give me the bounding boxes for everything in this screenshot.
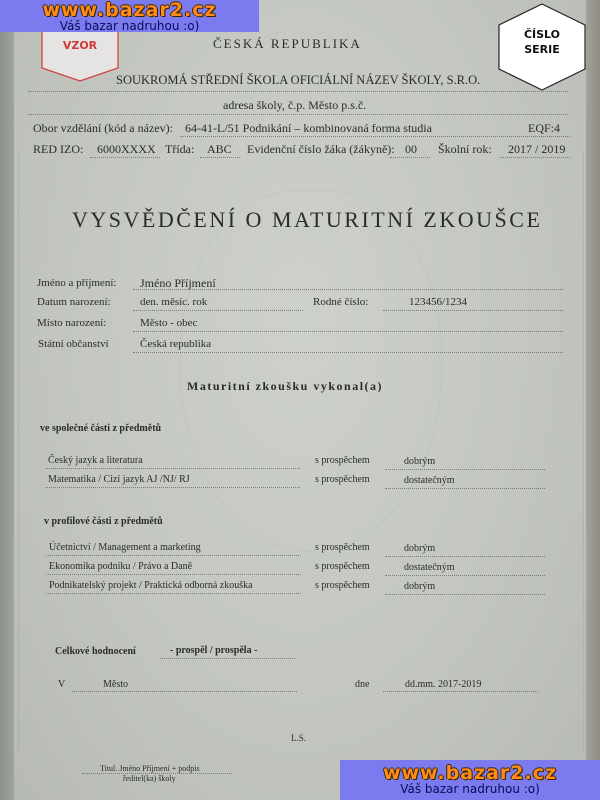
- name-label: Jméno a příjmení:: [37, 277, 116, 289]
- signature-name: Titul. Jméno Příjmení + podpis: [100, 764, 200, 773]
- student-number-line: [390, 157, 430, 158]
- school-year-line: [500, 157, 570, 158]
- overall-value: - prospěl / prospěla -: [170, 645, 257, 656]
- grade-value: dostatečným: [404, 562, 455, 573]
- subject-line: [46, 574, 301, 575]
- sample-stamp: VZOR: [41, 30, 119, 82]
- subject-name: Ekonomika podniku / Právo a Daně: [49, 561, 192, 572]
- profile-part-heading: v profilové části z předmětů: [44, 516, 163, 527]
- subject-name: Český jazyk a literatura: [48, 455, 143, 466]
- divider: [28, 91, 568, 92]
- citizenship-label: Státní občanství: [38, 338, 109, 350]
- grade-value: dostatečným: [404, 475, 455, 486]
- ad-url[interactable]: www.bazar2.cz: [340, 760, 600, 783]
- field-line: [180, 136, 570, 137]
- grade-label: s prospěchem: [315, 474, 370, 485]
- citizenship-value: Česká republika: [140, 338, 211, 350]
- place-value: Město: [103, 679, 128, 690]
- sample-stamp-label: VZOR: [41, 39, 119, 52]
- grade-line: [385, 556, 545, 557]
- birth-date-line: [133, 310, 303, 311]
- grade-value: dobrým: [404, 543, 435, 554]
- grade-label: s prospěchem: [315, 542, 370, 553]
- watermark-emblem: [180, 190, 442, 552]
- subject-name: Podnikatelský projekt / Praktická odborn…: [49, 580, 253, 591]
- school-year-value: 2017 / 2019: [508, 142, 565, 157]
- document-title: VYSVĚDČENÍ O MATURITNÍ ZKOUŠCE: [72, 207, 542, 233]
- grade-line: [385, 488, 545, 489]
- date-label: dne: [355, 679, 369, 690]
- student-number-value: 00: [405, 142, 417, 157]
- eqf-level: EQF:4: [528, 121, 560, 136]
- field-label: Obor vzdělání (kód a název):: [33, 121, 173, 136]
- class-label: Třída:: [165, 142, 194, 157]
- exam-heading: Maturitní zkoušku vykonal(a): [187, 379, 383, 394]
- student-number-label: Evidenční číslo žáka (žákyně):: [247, 142, 395, 157]
- birth-number-label: Rodné číslo:: [313, 296, 368, 308]
- place-line: [72, 691, 297, 692]
- divider: [28, 114, 568, 115]
- red-izo-line: [90, 157, 160, 158]
- birth-place-value: Město - obec: [140, 317, 197, 329]
- place-label: V: [58, 679, 65, 690]
- ad-banner-top[interactable]: www.bazar2.cz Váš bazar nadruhou :o): [0, 0, 259, 32]
- ad-banner-bottom[interactable]: www.bazar2.cz Váš bazar nadruhou :o): [340, 760, 600, 800]
- date-line: [383, 691, 538, 692]
- country-name: ČESKÁ REPUBLIKA: [213, 36, 362, 52]
- overall-line: [160, 658, 295, 659]
- name-line: [133, 289, 563, 290]
- ad-slogan: Váš bazar nadruhou :o): [340, 783, 600, 796]
- subject-line: [45, 468, 300, 469]
- subject-name: Matematika / Cizí jazyk AJ /NJ/ RJ: [48, 474, 190, 485]
- seal-mark: L.S.: [291, 733, 306, 743]
- grade-line: [385, 575, 545, 576]
- subject-line: [45, 487, 300, 488]
- signature-role: ředitel(ka) školy: [123, 774, 176, 783]
- birth-place-line: [133, 331, 563, 332]
- birth-place-label: Místo narození:: [37, 317, 106, 329]
- birth-date-value: den. měsíc. rok: [140, 296, 207, 308]
- birth-number-value: 123456/1234: [409, 296, 467, 308]
- class-value: ABC: [207, 142, 232, 157]
- serial-badge-line2: SERIE: [497, 42, 587, 57]
- serial-badge-text: ČÍSLO SERIE: [497, 27, 587, 57]
- field-value: 64-41-L/51 Podnikání – kombinovaná forma…: [185, 121, 432, 136]
- date-value: dd.mm. 2017-2019: [405, 679, 481, 690]
- school-year-label: Školní rok:: [438, 142, 492, 157]
- subject-line: [46, 555, 301, 556]
- school-name: SOUKROMÁ STŘEDNÍ ŠKOLA OFICIÁLNÍ NÁZEV Š…: [116, 73, 480, 88]
- grade-value: dobrým: [404, 581, 435, 592]
- grade-line: [385, 594, 545, 595]
- grade-label: s prospěchem: [315, 580, 370, 591]
- subject-line: [46, 593, 301, 594]
- common-part-heading: ve společné části z předmětů: [40, 423, 161, 434]
- school-address: adresa školy, č.p. Město p.s.č.: [223, 98, 366, 113]
- ad-slogan: Váš bazar nadruhou :o): [0, 20, 259, 33]
- birth-date-label: Datum narození:: [37, 296, 111, 308]
- grade-line: [385, 469, 545, 470]
- shield-icon: [41, 30, 119, 82]
- grade-label: s prospěchem: [315, 561, 370, 572]
- grade-label: s prospěchem: [315, 455, 370, 466]
- class-line: [200, 157, 240, 158]
- subject-name: Účetnictví / Management a marketing: [49, 542, 201, 553]
- overall-label: Celkové hodnocení: [55, 646, 136, 657]
- citizenship-line: [133, 352, 563, 353]
- birth-number-line: [383, 310, 563, 311]
- red-izo-label: RED IZO:: [33, 142, 83, 157]
- serial-number-badge: ČÍSLO SERIE: [497, 3, 587, 91]
- ad-url[interactable]: www.bazar2.cz: [0, 0, 259, 20]
- red-izo-value: 6000XXXX: [97, 142, 156, 157]
- serial-badge-line1: ČÍSLO: [497, 27, 587, 42]
- grade-value: dobrým: [404, 456, 435, 467]
